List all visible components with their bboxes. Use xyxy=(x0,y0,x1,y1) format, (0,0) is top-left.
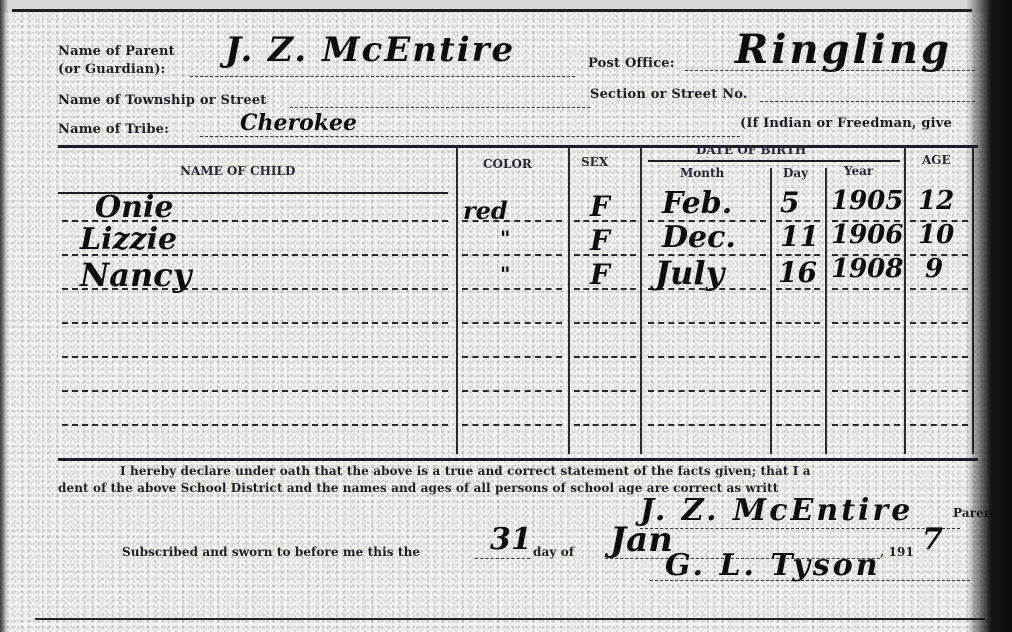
row-dash-line xyxy=(62,424,448,426)
child-color: red xyxy=(463,196,508,225)
top-rule xyxy=(12,9,972,12)
child-color: " xyxy=(500,262,510,286)
guardian-label: (or Guardian): xyxy=(58,62,166,77)
post-office-label: Post Office: xyxy=(588,56,675,71)
notary-signature: G. L. Tyson xyxy=(665,548,881,583)
child-sex: F xyxy=(590,190,610,223)
row-dash-line xyxy=(910,356,968,358)
tribe-handwritten: Cherokee xyxy=(240,110,357,136)
sworn-text: Subscribed and sworn to before me this t… xyxy=(122,545,420,559)
month-handwritten: Jan xyxy=(610,520,673,560)
row-dash-line xyxy=(574,356,636,358)
row-dash-line xyxy=(776,356,820,358)
year-digit: 7 xyxy=(922,522,943,557)
row-dash-line xyxy=(776,390,820,392)
section-line xyxy=(760,101,975,102)
row-dash-line xyxy=(832,322,900,324)
tribe-line xyxy=(200,136,740,137)
col-divider-month xyxy=(770,168,772,454)
header-date-of-birth: DATE OF BIRTH xyxy=(696,143,806,157)
row-dash-line xyxy=(832,356,900,358)
row-dash-line xyxy=(462,288,562,290)
row-dash-line xyxy=(648,424,766,426)
row-dash-line xyxy=(574,322,636,324)
row-dash-line xyxy=(648,356,766,358)
col-divider-year xyxy=(904,146,906,454)
birth-day: 5 xyxy=(780,186,799,219)
row-dash-line xyxy=(776,322,820,324)
child-name: Nancy xyxy=(80,256,191,294)
row-dash-line xyxy=(462,356,562,358)
col-divider-color xyxy=(568,146,570,454)
tribe-label: Name of Tribe: xyxy=(58,122,169,137)
child-color: " xyxy=(500,226,510,250)
child-name: Lizzie xyxy=(80,222,177,257)
parent-label: Name of Parent xyxy=(58,44,175,59)
table-bottom-rule xyxy=(58,458,978,461)
header-name-of-child: NAME OF CHILD xyxy=(180,164,295,178)
row-dash-line xyxy=(62,322,448,324)
section-label: Section or Street No. xyxy=(590,87,748,102)
bottom-rule xyxy=(35,618,985,620)
row-dash-line xyxy=(648,322,766,324)
col-divider-day xyxy=(825,168,827,454)
township-line xyxy=(290,107,590,108)
birth-year: 1908 xyxy=(831,254,903,284)
row-dash-line xyxy=(910,390,968,392)
row-dash-line xyxy=(832,288,900,290)
birth-day: 16 xyxy=(778,256,817,289)
row-dash-line xyxy=(832,390,900,392)
header-sex: SEX xyxy=(581,155,608,169)
header-day: Day xyxy=(783,166,808,180)
indian-note: (If Indian or Freedman, give xyxy=(740,116,952,131)
row-dash-line xyxy=(462,322,562,324)
birth-year: 1905 xyxy=(831,186,903,216)
header-year: Year xyxy=(844,164,873,178)
right-edge-shadow xyxy=(966,0,1012,632)
parent-signature-line xyxy=(640,528,960,529)
row-dash-line xyxy=(648,390,766,392)
birth-day: 11 xyxy=(780,220,819,253)
row-dash-line xyxy=(574,390,636,392)
child-age: 9 xyxy=(925,254,943,284)
col-divider-name xyxy=(456,146,458,454)
birth-month: July xyxy=(655,254,724,292)
child-sex: F xyxy=(590,224,610,257)
township-label: Name of Township or Street xyxy=(58,93,267,108)
row-dash-line xyxy=(62,390,448,392)
birth-month: Feb. xyxy=(662,186,732,221)
row-dash-line xyxy=(462,390,562,392)
census-card: Name of Parent (or Guardian): J. Z. McEn… xyxy=(0,0,1012,632)
declaration-line-1: I hereby declare under oath that the abo… xyxy=(120,464,811,478)
day-of-label: day of xyxy=(533,545,574,559)
row-dash-line xyxy=(62,356,448,358)
row-dash-line xyxy=(910,322,968,324)
parent-name-handwritten: J. Z. McEntire xyxy=(225,30,515,70)
table-top-rule xyxy=(58,145,978,148)
row-dash-line xyxy=(910,288,968,290)
post-office-handwritten: Ringling xyxy=(735,26,952,73)
row-dash-line xyxy=(462,254,562,256)
header-age: AGE xyxy=(922,153,951,167)
child-name: Onie xyxy=(95,190,173,225)
day-handwritten: 31 xyxy=(490,522,532,557)
row-dash-line xyxy=(574,424,636,426)
child-age: 12 xyxy=(918,186,954,216)
left-edge-shadow xyxy=(0,0,8,632)
day-line xyxy=(475,558,530,559)
header-color: COLOR xyxy=(483,157,532,171)
year-prefix: , 191 xyxy=(880,545,914,559)
child-age: 10 xyxy=(918,220,954,250)
parent-line xyxy=(190,76,575,77)
row-dash-line xyxy=(462,424,562,426)
parent-signature: J. Z. McEntire xyxy=(640,493,913,528)
birth-month: Dec. xyxy=(662,220,736,255)
birth-year: 1906 xyxy=(831,220,903,250)
row-dash-line xyxy=(910,424,968,426)
header-month: Month xyxy=(680,166,724,180)
row-dash-line xyxy=(776,424,820,426)
dob-underline xyxy=(648,160,900,162)
col-divider-sex xyxy=(640,146,642,454)
row-dash-line xyxy=(832,424,900,426)
child-sex: F xyxy=(590,258,610,291)
